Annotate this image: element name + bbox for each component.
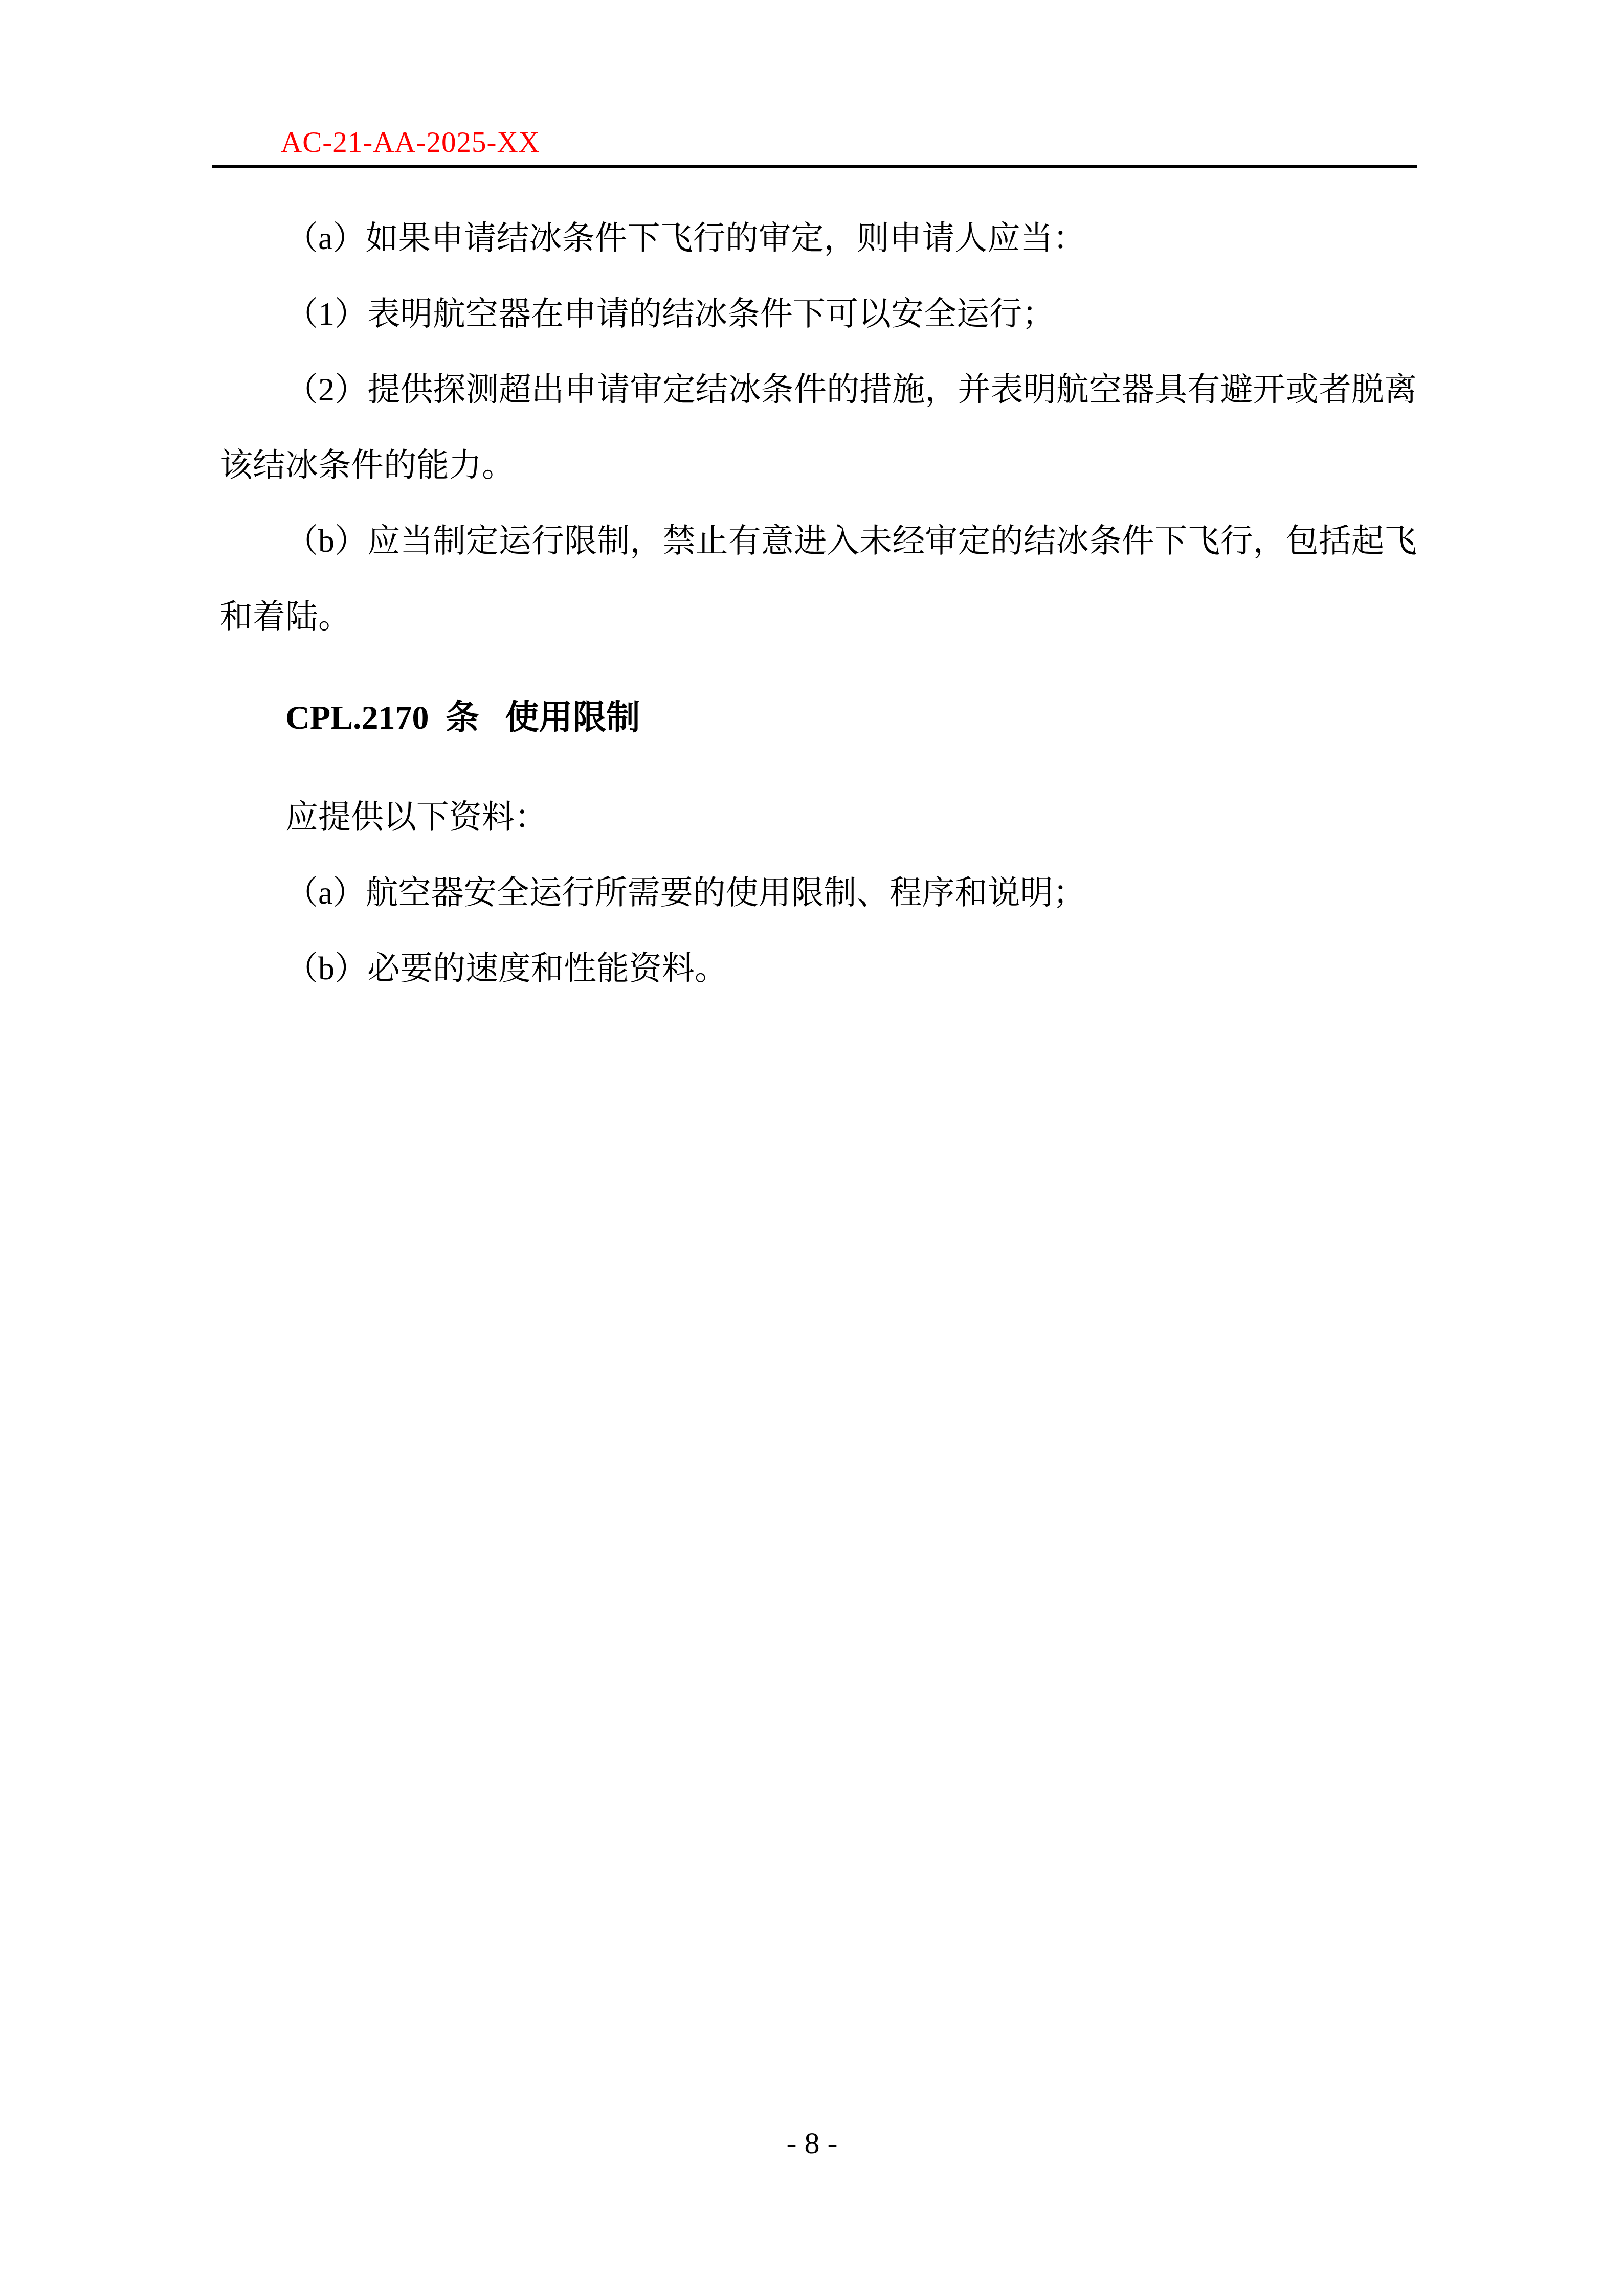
body-text-line: 和着陆。	[220, 579, 1417, 655]
body-text-line: 该结冰条件的能力。	[220, 427, 1417, 503]
page-number: - 8 -	[0, 2127, 1624, 2159]
section-heading: CPL.2170 条 使用限制	[220, 679, 1417, 755]
body-text-line: 应提供以下资料：	[220, 779, 1417, 855]
body-text-line: （b）必要的速度和性能资料。	[220, 931, 1417, 1006]
body-text-line: （2）提供探测超出申请审定结冰条件的措施，并表明航空器具有避开或者脱离	[220, 352, 1417, 427]
section-heading-unit: 条	[446, 698, 479, 736]
body-text-line: （1）表明航空器在申请的结冰条件下可以安全运行；	[220, 276, 1417, 352]
document-body: （a）如果申请结冰条件下飞行的审定，则申请人应当：（1）表明航空器在申请的结冰条…	[220, 200, 1417, 1006]
header-rule	[212, 165, 1417, 168]
document-number: AC-21-AA-2025-XX	[281, 128, 540, 157]
document-page: AC-21-AA-2025-XX （a）如果申请结冰条件下飞行的审定，则申请人应…	[0, 0, 1624, 2296]
section-heading-title: 使用限制	[505, 698, 640, 736]
section-heading-code: CPL.2170	[285, 699, 429, 736]
body-lines-after-heading: 应提供以下资料：（a）航空器安全运行所需要的使用限制、程序和说明；（b）必要的速…	[220, 779, 1417, 1006]
body-lines-before-heading: （a）如果申请结冰条件下飞行的审定，则申请人应当：（1）表明航空器在申请的结冰条…	[220, 200, 1417, 655]
body-text-line: （a）航空器安全运行所需要的使用限制、程序和说明；	[220, 855, 1417, 931]
body-text-line: （b）应当制定运行限制，禁止有意进入未经审定的结冰条件下飞行，包括起飞	[220, 503, 1417, 579]
body-text-line: （a）如果申请结冰条件下飞行的审定，则申请人应当：	[220, 200, 1417, 276]
